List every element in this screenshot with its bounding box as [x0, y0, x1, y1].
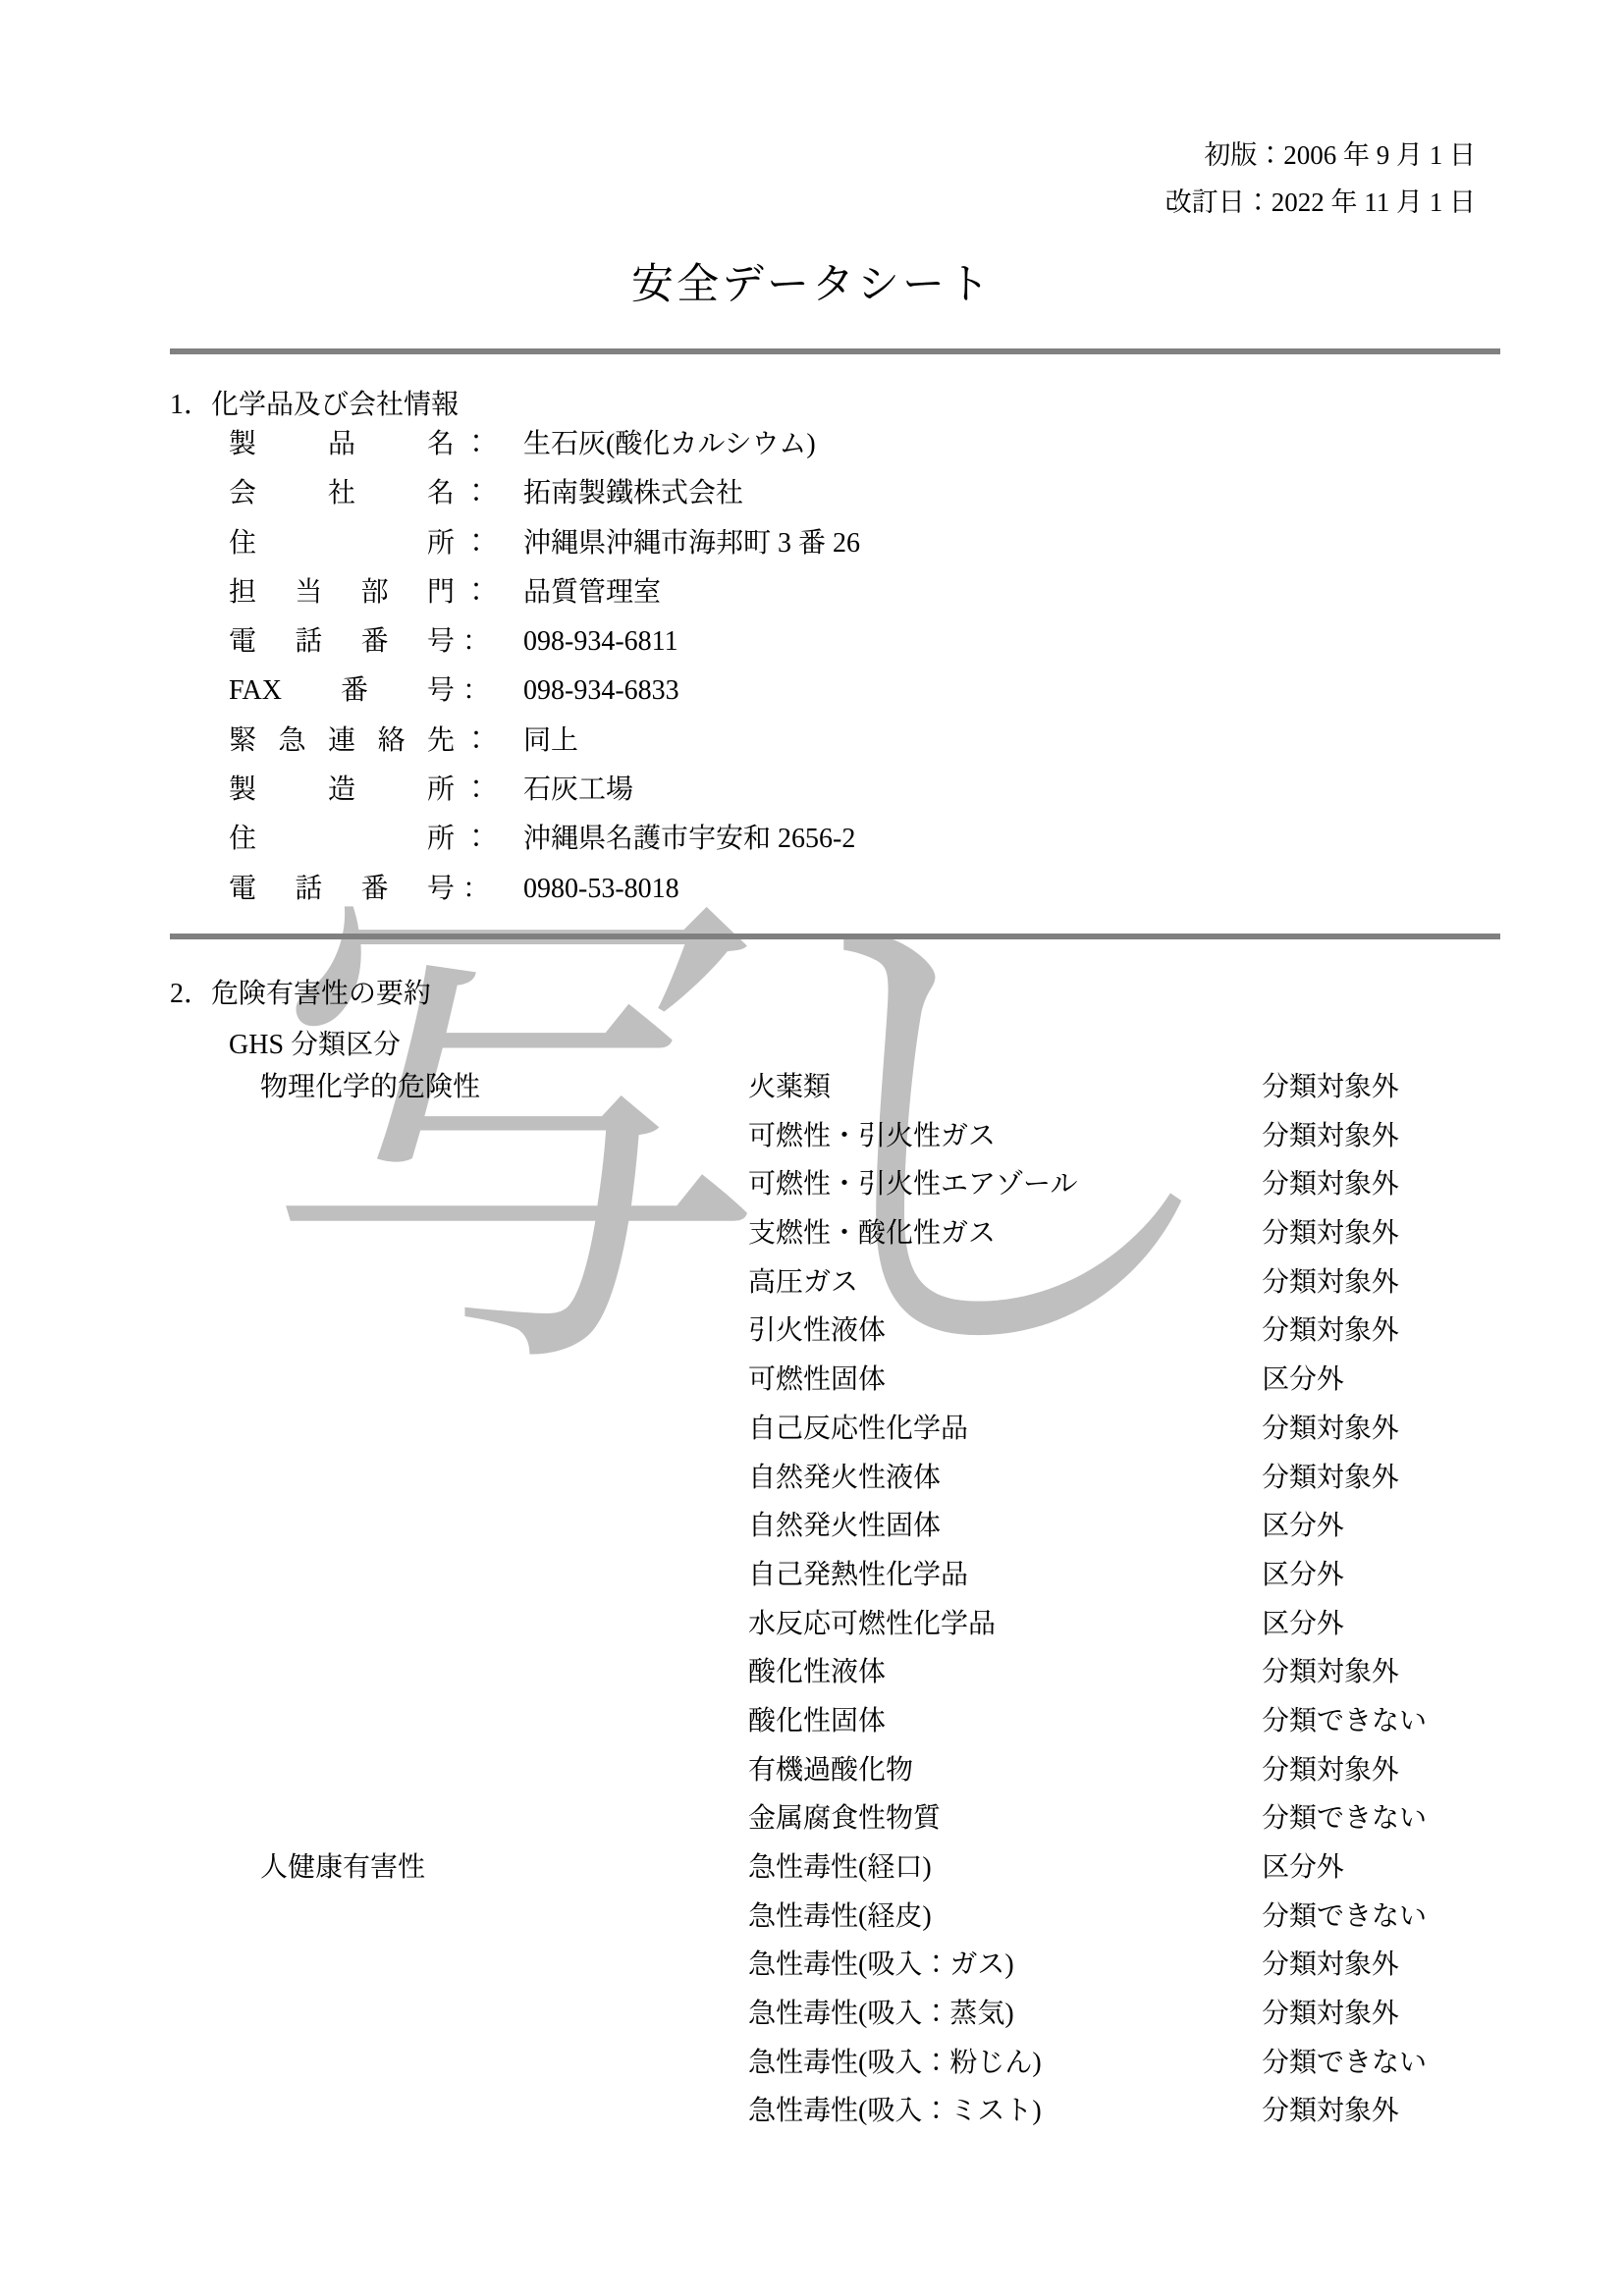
ghs-classification-value: 区分外	[1262, 1551, 1344, 1600]
ghs-classification-value: 分類できない	[1262, 1697, 1427, 1746]
field-value: 098-934-6833	[523, 675, 679, 706]
ghs-classification-value: 区分外	[1262, 1356, 1344, 1405]
field-label: 電話番号	[229, 617, 455, 667]
revision-date: 改訂日：2022 年 11 月 1 日	[1165, 179, 1476, 226]
field-label: 会社名	[229, 469, 455, 518]
ghs-row: 急性毒性(吸入：粉じん) 分類できない	[0, 2039, 1624, 2088]
section2-heading: 2．危険有害性の要約	[170, 972, 431, 1011]
field-row: 住所：沖縄県沖縄市海邦町 3 番 26	[229, 519, 860, 568]
ghs-hazard-item: 酸化性固体	[748, 1697, 886, 1746]
ghs-row: 可燃性・引火性ガス 分類対象外	[0, 1112, 1624, 1161]
ghs-classification-value: 分類対象外	[1262, 1160, 1399, 1209]
ghs-classification-value: 分類対象外	[1262, 1405, 1399, 1454]
field-row: 会社名：拓南製鐵株式会社	[229, 469, 860, 518]
field-colon: ：	[462, 528, 490, 559]
field-colon: ：	[462, 874, 490, 904]
ghs-classification-value: 分類対象外	[1262, 1990, 1399, 2039]
field-label: 緊急連絡先	[229, 717, 455, 766]
field-colon: ：	[462, 675, 490, 706]
ghs-hazard-item: 有機過酸化物	[748, 1746, 913, 1795]
ghs-classification-value: 分類対象外	[1262, 1307, 1399, 1356]
field-value: 生石灰(酸化カルシウム)	[523, 429, 816, 459]
ghs-hazard-item: 急性毒性(経口)	[748, 1843, 932, 1893]
field-row: FAX番号：098-934-6833	[229, 667, 860, 716]
ghs-hazard-item: 自己発熱性化学品	[748, 1551, 968, 1600]
ghs-classification-value: 分類対象外	[1262, 1941, 1399, 1990]
ghs-hazard-item: 可燃性・引火性エアゾール	[748, 1160, 1077, 1209]
ghs-row: 可燃性・引火性エアゾール 分類対象外	[0, 1160, 1624, 1209]
field-colon: ：	[462, 774, 490, 805]
ghs-classification-subheading: GHS 分類区分	[229, 1023, 401, 1062]
ghs-classification-value: 分類対象外	[1262, 1209, 1399, 1258]
header-dates: 初版：2006 年 9 月 1 日 改訂日：2022 年 11 月 1 日	[1165, 132, 1476, 226]
ghs-hazard-item: 金属腐食性物質	[748, 1794, 941, 1843]
field-colon: ：	[462, 725, 490, 756]
ghs-classification-value: 分類対象外	[1262, 2087, 1399, 2136]
ghs-hazard-item: 可燃性・引火性ガス	[748, 1112, 996, 1161]
field-row: 電話番号：098-934-6811	[229, 617, 860, 667]
field-row: 担当部門：品質管理室	[229, 568, 860, 617]
ghs-classification-value: 分類対象外	[1262, 1063, 1399, 1112]
ghs-classification-value: 分類対象外	[1262, 1258, 1399, 1308]
section-divider-1	[170, 348, 1500, 354]
ghs-hazard-item: 可燃性固体	[748, 1356, 886, 1405]
ghs-classification-value: 分類できない	[1262, 1794, 1427, 1843]
ghs-row: 物理化学的危険性 火薬類 分類対象外	[0, 1063, 1624, 1112]
ghs-hazard-item: 火薬類	[748, 1063, 831, 1112]
field-value: 品質管理室	[523, 577, 661, 608]
ghs-classification-value: 分類対象外	[1262, 1112, 1399, 1161]
ghs-group-label: 物理化学的危険性	[260, 1063, 480, 1112]
ghs-hazard-item: 水反応可燃性化学品	[748, 1600, 996, 1649]
field-label: 住所	[229, 519, 455, 568]
field-row: 電話番号：0980-53-8018	[229, 865, 860, 914]
ghs-classification-value: 分類対象外	[1262, 1648, 1399, 1697]
field-value: 沖縄県沖縄市海邦町 3 番 26	[523, 528, 860, 559]
field-colon: ：	[462, 577, 490, 608]
ghs-classification-value: 分類できない	[1262, 2039, 1427, 2088]
ghs-classification-value: 区分外	[1262, 1502, 1344, 1551]
ghs-row: 急性毒性(経皮) 分類できない	[0, 1893, 1624, 1942]
field-value: 石灰工場	[523, 774, 633, 805]
field-row: 緊急連絡先：同上	[229, 717, 860, 766]
ghs-row: 金属腐食性物質 分類できない	[0, 1794, 1624, 1843]
field-row: 製造所：石灰工場	[229, 766, 860, 815]
ghs-row: 自己発熱性化学品 区分外	[0, 1551, 1624, 1600]
ghs-classification-value: 区分外	[1262, 1843, 1344, 1893]
ghs-row: 有機過酸化物 分類対象外	[0, 1746, 1624, 1795]
field-colon: ：	[462, 429, 490, 459]
field-label: 住所	[229, 815, 455, 864]
field-label: 電話番号	[229, 865, 455, 914]
section-divider-2	[170, 934, 1500, 939]
field-row: 製品名：生石灰(酸化カルシウム)	[229, 420, 860, 469]
field-colon: ：	[462, 478, 490, 508]
ghs-hazard-item: 急性毒性(吸入：ガス)	[748, 1941, 1014, 1990]
field-colon: ：	[462, 824, 490, 854]
field-value: 拓南製鐵株式会社	[523, 478, 743, 508]
field-colon: ：	[462, 626, 490, 657]
ghs-classification-value: 分類対象外	[1262, 1746, 1399, 1795]
ghs-row: 自己反応性化学品 分類対象外	[0, 1405, 1624, 1454]
section1-heading: 1．化学品及び会社情報	[170, 383, 459, 422]
ghs-classification-value: 分類対象外	[1262, 1454, 1399, 1503]
field-value: 098-934-6811	[523, 626, 678, 657]
ghs-classification-value: 区分外	[1262, 1600, 1344, 1649]
field-label: 製造所	[229, 766, 455, 815]
field-row: 住所：沖縄県名護市宇安和 2656-2	[229, 815, 860, 864]
ghs-hazard-item: 自然発火性液体	[748, 1454, 941, 1503]
ghs-row: 自然発火性液体 分類対象外	[0, 1454, 1624, 1503]
ghs-hazard-item: 急性毒性(吸入：ミスト)	[748, 2087, 1042, 2136]
field-label: 製品名	[229, 420, 455, 469]
page-content: 初版：2006 年 9 月 1 日 改訂日：2022 年 11 月 1 日 安全…	[0, 0, 1624, 2296]
ghs-classification-table: 物理化学的危険性 火薬類 分類対象外 可燃性・引火性ガス 分類対象外 可燃性・引…	[0, 1063, 1624, 2136]
field-value: 沖縄県名護市宇安和 2656-2	[523, 824, 855, 854]
ghs-group-label: 人健康有害性	[260, 1843, 425, 1893]
ghs-hazard-item: 引火性液体	[748, 1307, 886, 1356]
first-issue-date: 初版：2006 年 9 月 1 日	[1165, 132, 1476, 179]
ghs-row: 酸化性固体 分類できない	[0, 1697, 1624, 1746]
sds-document-page: 写し 初版：2006 年 9 月 1 日 改訂日：2022 年 11 月 1 日…	[0, 0, 1624, 2296]
ghs-row: 引火性液体 分類対象外	[0, 1307, 1624, 1356]
page-title: 安全データシート	[0, 251, 1624, 311]
ghs-row: 水反応可燃性化学品 区分外	[0, 1600, 1624, 1649]
field-label: 担当部門	[229, 568, 455, 617]
ghs-row: 支燃性・酸化性ガス 分類対象外	[0, 1209, 1624, 1258]
ghs-row: 急性毒性(吸入：ミスト) 分類対象外	[0, 2087, 1624, 2136]
company-info-fields: 製品名：生石灰(酸化カルシウム) 会社名：拓南製鐵株式会社 住所：沖縄県沖縄市海…	[229, 420, 860, 914]
ghs-hazard-item: 支燃性・酸化性ガス	[748, 1209, 996, 1258]
field-value: 0980-53-8018	[523, 874, 679, 904]
field-label: FAX番号	[229, 667, 455, 716]
ghs-hazard-item: 自然発火性固体	[748, 1502, 941, 1551]
ghs-row: 酸化性液体 分類対象外	[0, 1648, 1624, 1697]
ghs-hazard-item: 急性毒性(経皮)	[748, 1893, 932, 1942]
ghs-classification-value: 分類できない	[1262, 1893, 1427, 1942]
ghs-hazard-item: 急性毒性(吸入：粉じん)	[748, 2039, 1042, 2088]
ghs-row: 高圧ガス 分類対象外	[0, 1258, 1624, 1308]
ghs-row: 可燃性固体 区分外	[0, 1356, 1624, 1405]
field-value: 同上	[523, 725, 578, 756]
ghs-row: 人健康有害性 急性毒性(経口) 区分外	[0, 1843, 1624, 1893]
ghs-hazard-item: 酸化性液体	[748, 1648, 886, 1697]
ghs-row: 急性毒性(吸入：蒸気) 分類対象外	[0, 1990, 1624, 2039]
ghs-hazard-item: 急性毒性(吸入：蒸気)	[748, 1990, 1014, 2039]
ghs-hazard-item: 高圧ガス	[748, 1258, 858, 1308]
ghs-row: 自然発火性固体 区分外	[0, 1502, 1624, 1551]
ghs-row: 急性毒性(吸入：ガス) 分類対象外	[0, 1941, 1624, 1990]
ghs-hazard-item: 自己反応性化学品	[748, 1405, 968, 1454]
